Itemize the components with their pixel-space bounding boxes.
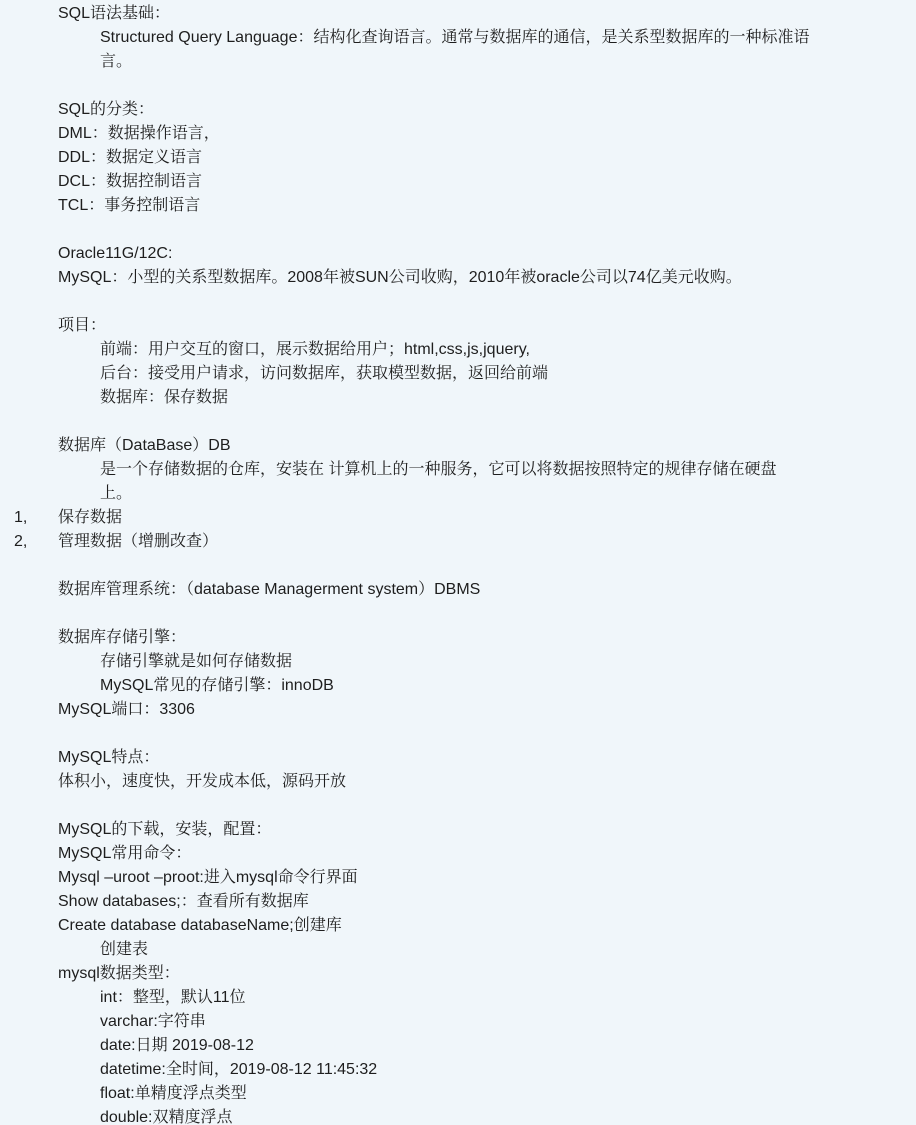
text-line: 创建表: [0, 938, 916, 962]
text-line: 上。: [0, 482, 916, 506]
numbered-list-item: 2,管理数据（增删改查）: [0, 530, 916, 554]
blank-line: [0, 554, 916, 578]
text-line: 数据库（DataBase）DB: [0, 434, 916, 458]
text-line: 前端：用户交互的窗口，展示数据给用户；html,css,js,jquery,: [0, 338, 916, 362]
blank-line: [0, 410, 916, 434]
text-line: MySQL的下载，安装，配置：: [0, 818, 916, 842]
text-line: int：整型，默认11位: [0, 986, 916, 1010]
blank-line: [0, 794, 916, 818]
blank-line: [0, 722, 916, 746]
text-line: date:日期 2019-08-12: [0, 1034, 916, 1058]
document-page: SQL语法基础：Structured Query Language：结构化查询语…: [0, 0, 916, 1125]
text-line: MySQL特点：: [0, 746, 916, 770]
text-line: DML：数据操作语言，: [0, 122, 916, 146]
text-line: DDL：数据定义语言: [0, 146, 916, 170]
text-line: 后台：接受用户请求，访问数据库，获取模型数据，返回给前端: [0, 362, 916, 386]
list-number: 1,: [14, 506, 27, 530]
text-line: double:双精度浮点: [0, 1106, 916, 1125]
text-line: MySQL常用命令：: [0, 842, 916, 866]
text-line: Structured Query Language：结构化查询语言。通常与数据库…: [0, 26, 916, 50]
text-line: mysql数据类型：: [0, 962, 916, 986]
list-number: 2,: [14, 530, 27, 554]
text-line: datetime:全时间，2019-08-12 11:45:32: [0, 1058, 916, 1082]
text-line: 言。: [0, 50, 916, 74]
text-line: SQL语法基础：: [0, 2, 916, 26]
text-line: 项目：: [0, 314, 916, 338]
text-line: float:单精度浮点类型: [0, 1082, 916, 1106]
text-line: Create database databaseName;创建库: [0, 914, 916, 938]
text-line: TCL：事务控制语言: [0, 194, 916, 218]
text-line: DCL：数据控制语言: [0, 170, 916, 194]
text-line: Mysql –uroot –proot:进入mysql命令行界面: [0, 866, 916, 890]
text-line: Oracle11G/12C:: [0, 242, 916, 266]
text-line: MySQL端口：3306: [0, 698, 916, 722]
text-line: Show databases;：查看所有数据库: [0, 890, 916, 914]
blank-line: [0, 290, 916, 314]
text-line: varchar:字符串: [0, 1010, 916, 1034]
text-line: 是一个存储数据的仓库，安装在 计算机上的一种服务，它可以将数据按照特定的规律存储…: [0, 458, 916, 482]
list-item-text: 管理数据（增删改查）: [58, 533, 218, 550]
text-line: 数据库：保存数据: [0, 386, 916, 410]
blank-line: [0, 602, 916, 626]
text-line: SQL的分类：: [0, 98, 916, 122]
numbered-list-item: 1,保存数据: [0, 506, 916, 530]
blank-line: [0, 74, 916, 98]
text-line: MySQL：小型的关系型数据库。2008年被SUN公司收购，2010年被orac…: [0, 266, 916, 290]
text-line: 数据库管理系统：（database Managerment system）DBM…: [0, 578, 916, 602]
list-item-text: 保存数据: [58, 509, 122, 526]
text-line: 体积小，速度快，开发成本低，源码开放: [0, 770, 916, 794]
text-line: 数据库存储引擎：: [0, 626, 916, 650]
blank-line: [0, 218, 916, 242]
text-line: MySQL常见的存储引擎：innoDB: [0, 674, 916, 698]
text-line: 存储引擎就是如何存储数据: [0, 650, 916, 674]
